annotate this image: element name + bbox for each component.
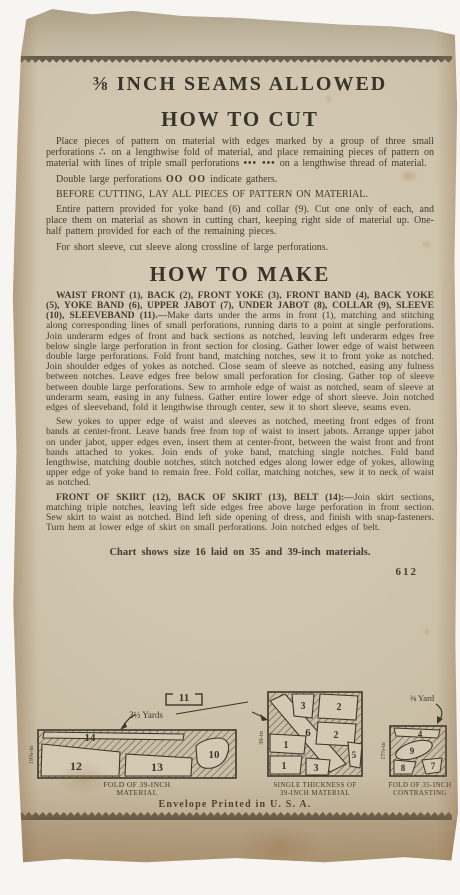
page-number: 612 [46, 566, 418, 578]
piece-1-bottom-label: 1 [282, 761, 287, 772]
piece-9-label: 9 [410, 746, 415, 756]
piece-5-label: 5 [352, 750, 357, 760]
chart-caption-line2: CONTRASTING [393, 789, 447, 797]
piece-2-mid-label: 2 [334, 730, 339, 741]
cut-paragraph-perforations: Place pieces of pattern on material with… [46, 136, 434, 170]
piece-7-label: 7 [431, 761, 436, 771]
chart-caption-line2: MATERIAL [116, 788, 157, 797]
make-paragraph-skirt: FRONT OF SKIRT (12), BACK OF SKIRT (13),… [46, 493, 434, 534]
piece-4-label: 4 [418, 729, 423, 739]
piece-10-label: 10 [209, 749, 221, 761]
piece-1-mid-label: 1 [284, 740, 289, 751]
printed-in-usa-line: Envelope Printed in U. S. A. [12, 799, 458, 810]
how-to-cut-heading: HOW TO CUT [46, 107, 434, 132]
piece-14-shape [43, 732, 184, 740]
double-large-perforation-symbol: OO OO [166, 174, 206, 185]
how-to-make-heading: HOW TO MAKE [46, 262, 434, 287]
fabric-width-label-contrast: 17⅞-in [381, 742, 387, 759]
seams-allowed-heading: ⅜ INCH SEAMS ALLOWED [46, 73, 434, 96]
cut-p1-text-c: on a lengthwise thread of material. [276, 158, 427, 169]
piece-11-label: 11 [179, 692, 189, 704]
yardage-arrowhead-2 [260, 714, 268, 721]
piece-3-bottom-label: 3 [314, 763, 319, 774]
cutting-chart-block: 11 3½ Yards 14 12 13 10 19⅝-in [12, 688, 458, 864]
piece-2-top-label: 2 [337, 702, 342, 713]
pattern-envelope-back: ⅜ INCH SEAMS ALLOWED HOW TO CUT Place pi… [12, 4, 458, 864]
cut-paragraph-before-cutting: BEFORE CUTTING, LAY ALL PIECES OF PATTER… [46, 189, 434, 200]
instruction-text-area: ⅜ INCH SEAMS ALLOWED HOW TO CUT Place pi… [12, 63, 458, 578]
cut-paragraph-gathers: Double large perforations OO OO indicate… [46, 174, 434, 185]
make-paragraph-waist: WAIST FRONT (1), BACK (2), FRONT YOKE (3… [46, 291, 434, 413]
piece-8-label: 8 [401, 763, 406, 773]
fabric-width-label-39: 19⅝-in [28, 745, 35, 764]
chart-caption-line1: FOLD OF 35-INCH [388, 781, 451, 789]
cutting-charts-row: 11 3½ Yards 14 12 13 10 19⅝-in [12, 688, 458, 798]
yardage-arrowhead [437, 716, 443, 724]
cut-p2-text-b: indicate gathers. [206, 174, 277, 185]
piece-12-label: 12 [70, 759, 82, 773]
envelope-flap [12, 820, 458, 864]
fabric-width-label-single: 39-in [258, 730, 265, 744]
torn-paper-edge [12, 4, 458, 56]
chart-caption-line1: SINGLE THICKNESS OF [273, 781, 356, 789]
piece-3-top-label: 3 [301, 701, 306, 712]
cut-paragraph-entire-pattern: Entire pattern provided for yoke band (6… [46, 204, 434, 238]
piece-13-label: 13 [151, 760, 163, 774]
how-to-make-section: WAIST FRONT (1), BACK (2), FRONT YOKE (3… [46, 291, 434, 534]
cut-p2-text-a: Double large perforations [56, 174, 166, 185]
chart-caption-line2: 39-INCH MATERIAL [280, 789, 350, 797]
cutting-chart-single-thickness: 6 3 2 2 1 1 3 5 39-in SINGLE THICKNESS O… [252, 688, 370, 798]
cutting-chart-contrasting: ⅜ Yard 4 9 8 7 17⅞-in FOLD OF 35-INCH CO… [374, 688, 460, 798]
make-paragraph-yokes: Sew yokes to upper edge of waist and sle… [46, 417, 434, 488]
cut-paragraph-short-sleeve: For short sleeve, cut sleeve along cross… [46, 242, 434, 253]
bottom-border-rule [18, 817, 452, 820]
triple-small-perforation-symbol: ••• ••• [244, 158, 276, 169]
waist-instructions: Make darts under the arms in front (1), … [46, 310, 434, 413]
cutting-chart-39-fold: 11 3½ Yards 14 12 13 10 19⅝-in [24, 688, 248, 798]
triple-perforation-symbol: ∴ [99, 147, 106, 158]
yardage-label-contrast: ⅜ Yard [410, 693, 435, 703]
chart-note: Chart shows size 16 laid on 35 and 39-in… [46, 547, 434, 558]
piece-14-label: 14 [85, 732, 97, 744]
